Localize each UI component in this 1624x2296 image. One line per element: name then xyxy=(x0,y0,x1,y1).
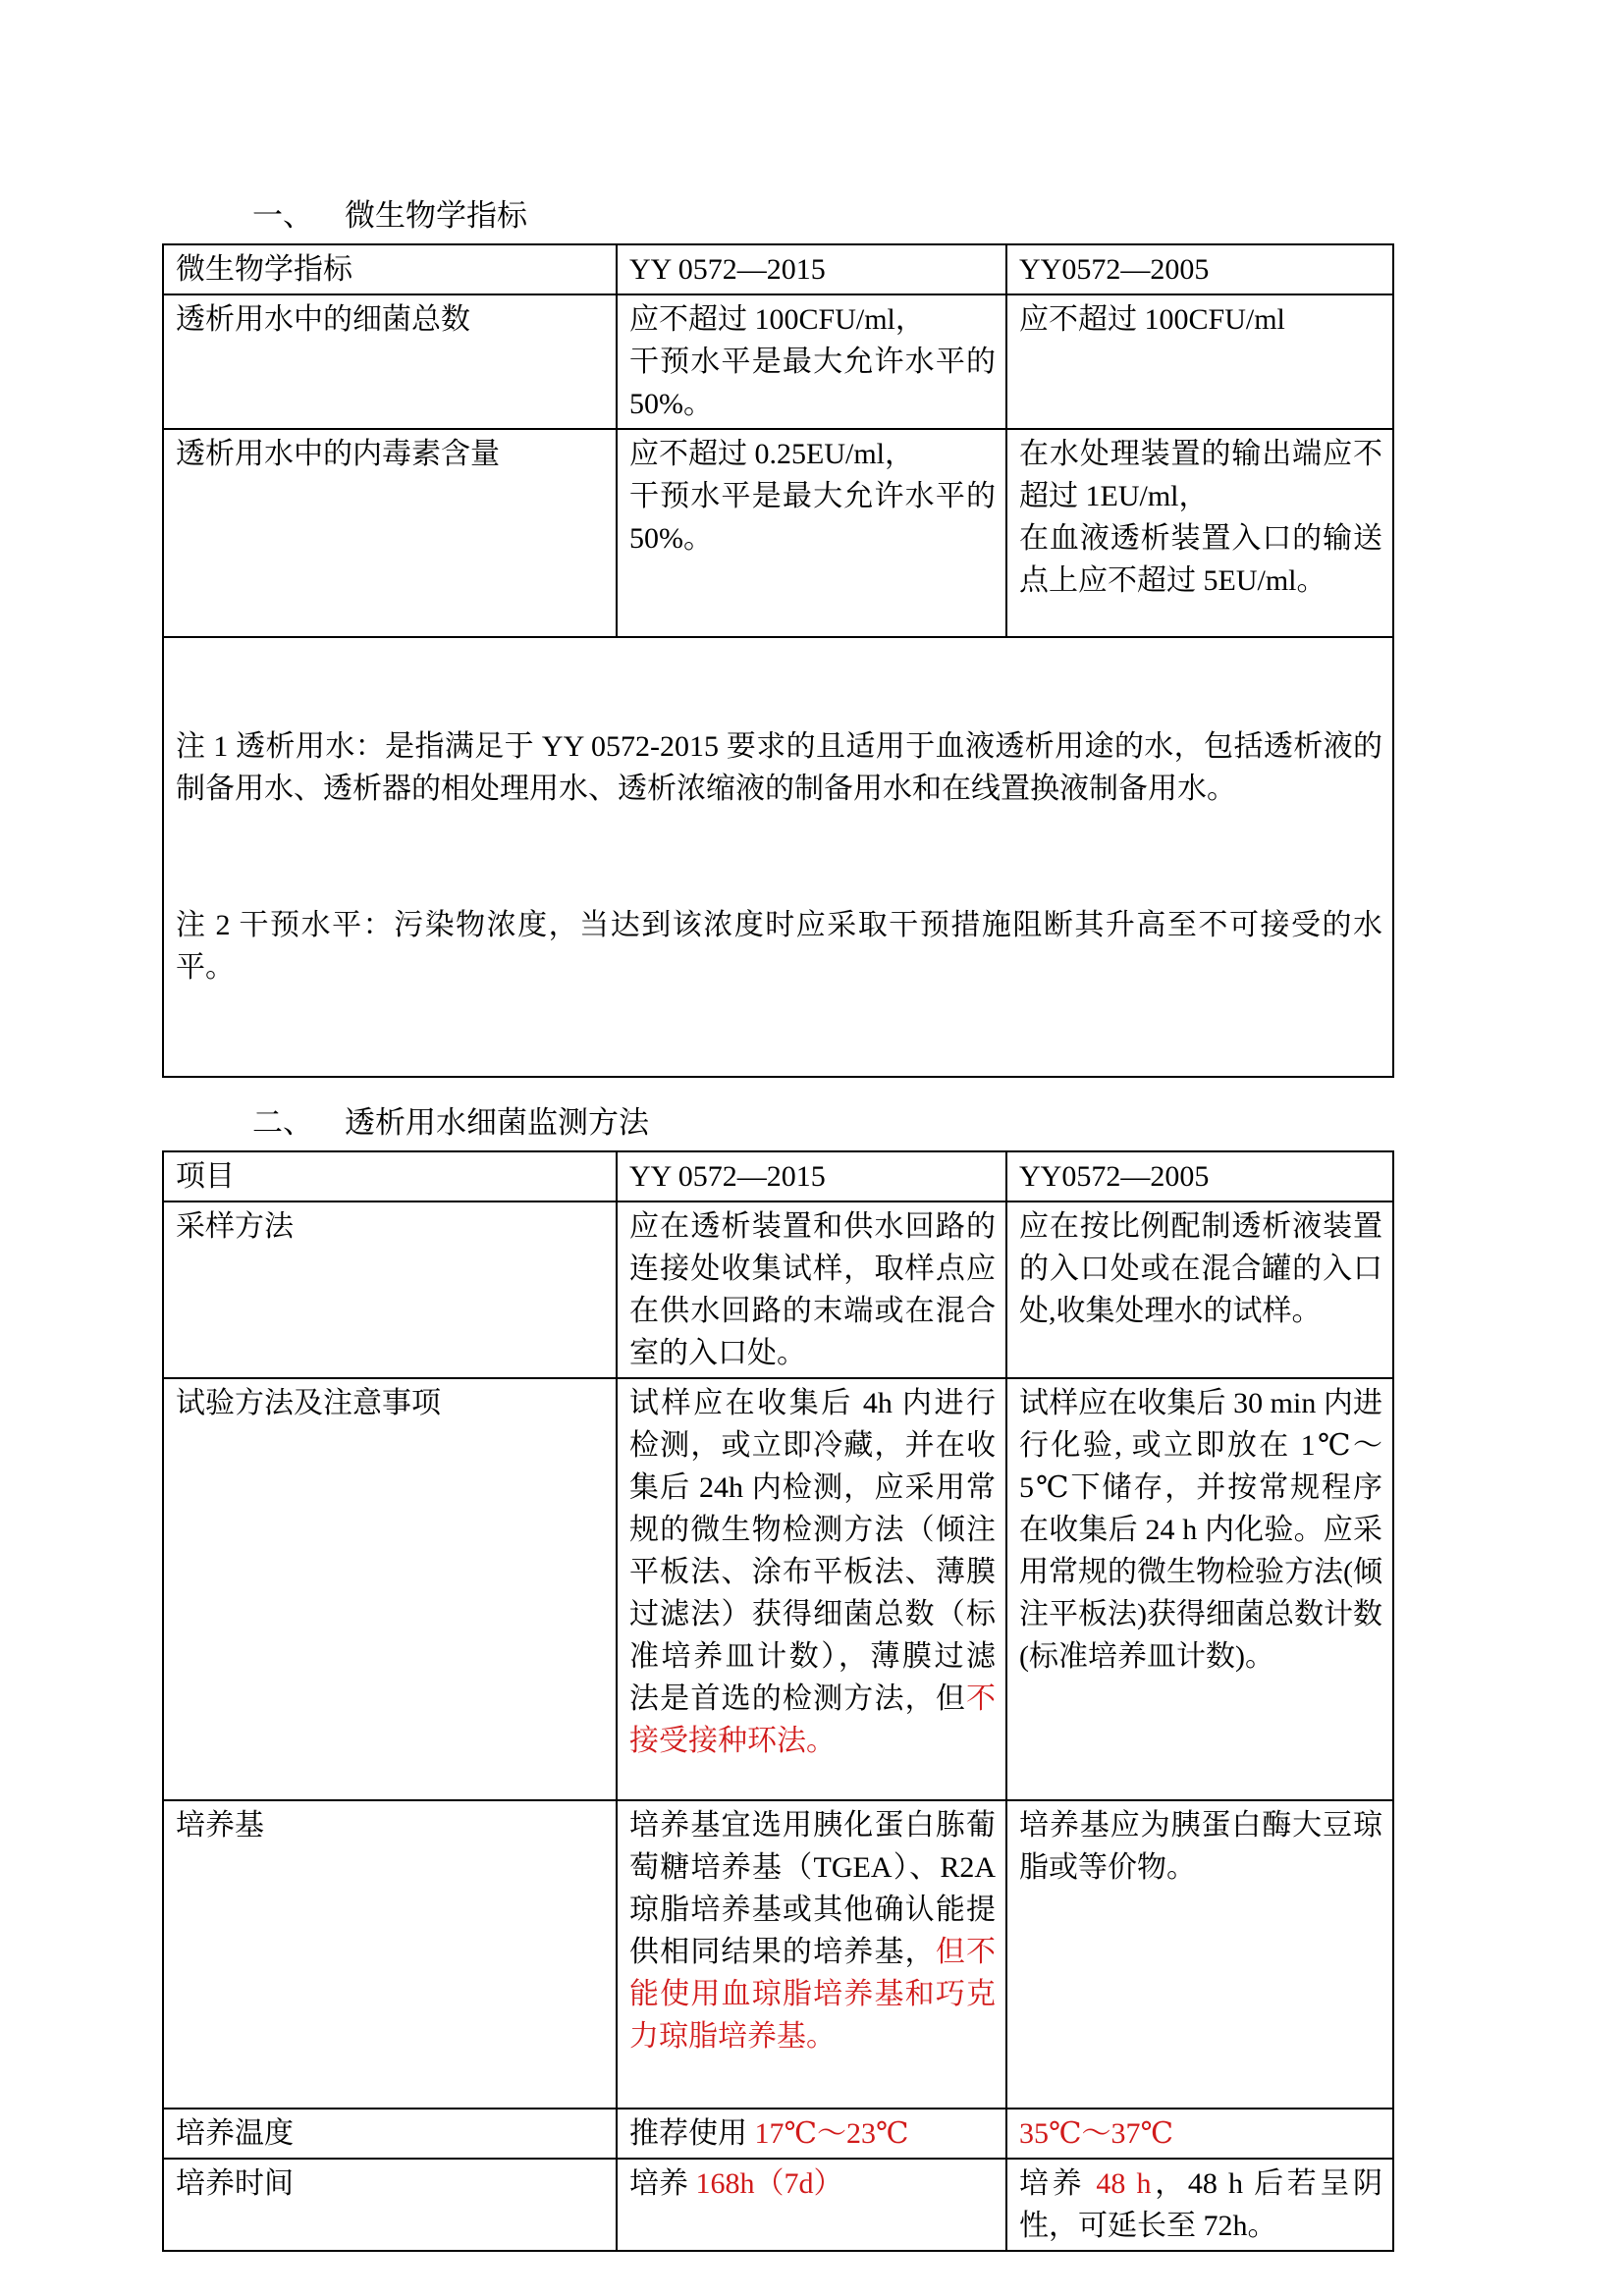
table1-row-endotoxin: 透析用水中的内毒素含量 应不超过 0.25EU/ml， 干预水平是最大允许水平的… xyxy=(163,429,1393,637)
row-label-cell: 培养温度 xyxy=(163,2109,617,2159)
row-label-cell: 采样方法 xyxy=(163,1201,617,1378)
table2-row-culture-time: 培养时间 培养 168h（7d） 培养 48 h，48 h 后若呈阴性，可延长至… xyxy=(163,2159,1393,2251)
table2-header-yy2015: YY 0572—2015 xyxy=(617,1151,1006,1201)
section1-heading: 一、微生物学指标 xyxy=(162,196,1392,236)
table1-notes-row: 注 1 透析用水：是指满足于 YY 0572-2015 要求的且适用于血液透析用… xyxy=(163,637,1393,1077)
table2-row-culture-temperature: 培养温度 推荐使用 17℃～23℃ 35℃～37℃ xyxy=(163,2109,1393,2159)
yy2015-cell: 应不超过 0.25EU/ml， 干预水平是最大允许水平的 50%。 xyxy=(617,429,1006,637)
note-2: 注 2 干预水平：污染物浓度，当达到该浓度时应采取干预措施阻断其升高至不可接受的… xyxy=(176,904,1382,988)
yy2005-cell: 培养 48 h，48 h 后若呈阴性，可延长至 72h。 xyxy=(1006,2159,1393,2251)
row-label-cell: 透析用水中的内毒素含量 xyxy=(163,429,617,637)
yy2005-cell: 35℃～37℃ xyxy=(1006,2109,1393,2159)
note-1: 注 1 透析用水：是指满足于 YY 0572-2015 要求的且适用于血液透析用… xyxy=(176,725,1382,810)
table1-header-yy2015: YY 0572—2015 xyxy=(617,244,1006,294)
section2-heading: 二、透析用水细菌监测方法 xyxy=(162,1103,1392,1143)
yy2005-cell: 应不超过 100CFU/ml xyxy=(1006,294,1393,429)
row-label-cell: 试验方法及注意事项 xyxy=(163,1378,617,1800)
yy2015-cell: 应在透析装置和供水回路的连接处收集试样，取样点应在供水回路的末端或在混合室的入口… xyxy=(617,1201,1006,1378)
table2-row-culture-medium: 培养基 培养基宜选用胰化蛋白胨葡萄糖培养基（TGEA）、R2A 琼脂培养基或其他… xyxy=(163,1800,1393,2109)
section1-heading-title: 微生物学指标 xyxy=(345,198,527,233)
table1-header-item: 微生物学指标 xyxy=(163,244,617,294)
yy2005-cell: 应在按比例配制透析液装置的入口处或在混合罐的入口处,收集处理水的试样。 xyxy=(1006,1201,1393,1378)
table2-row-test-method: 试验方法及注意事项 试样应在收集后 4h 内进行检测，或立即冷藏，并在收集后 2… xyxy=(163,1378,1393,1800)
yy2005-cell: 培养基应为胰蛋白酶大豆琼脂或等价物。 xyxy=(1006,1800,1393,2109)
yy2005-cell: 在水处理装置的输出端应不超过 1EU/ml， 在血液透析装置入口的输送点上应不超… xyxy=(1006,429,1393,637)
bacteria-monitoring-method-table: 项目 YY 0572—2015 YY0572—2005 采样方法 应在透析装置和… xyxy=(162,1150,1394,2252)
section2-heading-title: 透析用水细菌监测方法 xyxy=(345,1105,649,1140)
yy2015-cell: 试样应在收集后 4h 内进行检测，或立即冷藏，并在收集后 24h 内检测，应采用… xyxy=(617,1378,1006,1800)
yy2015-cell: 培养 168h（7d） xyxy=(617,2159,1006,2251)
table2-header-yy2005: YY0572—2005 xyxy=(1006,1151,1393,1201)
document-page: 一、微生物学指标 微生物学指标 YY 0572—2015 YY0572—2005… xyxy=(162,196,1392,2252)
microbiology-indicators-table: 微生物学指标 YY 0572—2015 YY0572—2005 透析用水中的细菌… xyxy=(162,243,1394,1078)
table2-row-sampling-method: 采样方法 应在透析装置和供水回路的连接处收集试样，取样点应在供水回路的末端或在混… xyxy=(163,1201,1393,1378)
yy2015-cell: 培养基宜选用胰化蛋白胨葡萄糖培养基（TGEA）、R2A 琼脂培养基或其他确认能提… xyxy=(617,1800,1006,2109)
table1-header-yy2005: YY0572—2005 xyxy=(1006,244,1393,294)
section1-heading-number: 一、 xyxy=(252,198,313,233)
table1-notes-cell: 注 1 透析用水：是指满足于 YY 0572-2015 要求的且适用于血液透析用… xyxy=(163,637,1393,1077)
yy2015-cell: 应不超过 100CFU/ml， 干预水平是最大允许水平的 50%。 xyxy=(617,294,1006,429)
table1-row-bacteria: 透析用水中的细菌总数 应不超过 100CFU/ml， 干预水平是最大允许水平的 … xyxy=(163,294,1393,429)
row-label-cell: 培养时间 xyxy=(163,2159,617,2251)
yy2015-cell: 推荐使用 17℃～23℃ xyxy=(617,2109,1006,2159)
row-label-cell: 透析用水中的细菌总数 xyxy=(163,294,617,429)
table2-header-item: 项目 xyxy=(163,1151,617,1201)
yy2005-cell: 试样应在收集后 30 min 内进行化验, 或立即放在 1℃～5℃下储存，并按常… xyxy=(1006,1378,1393,1800)
section2-heading-number: 二、 xyxy=(252,1105,313,1140)
section-gap xyxy=(162,1078,1392,1103)
table1-header-row: 微生物学指标 YY 0572—2015 YY0572—2005 xyxy=(163,244,1393,294)
row-label-cell: 培养基 xyxy=(163,1800,617,2109)
table2-header-row: 项目 YY 0572—2015 YY0572—2005 xyxy=(163,1151,1393,1201)
